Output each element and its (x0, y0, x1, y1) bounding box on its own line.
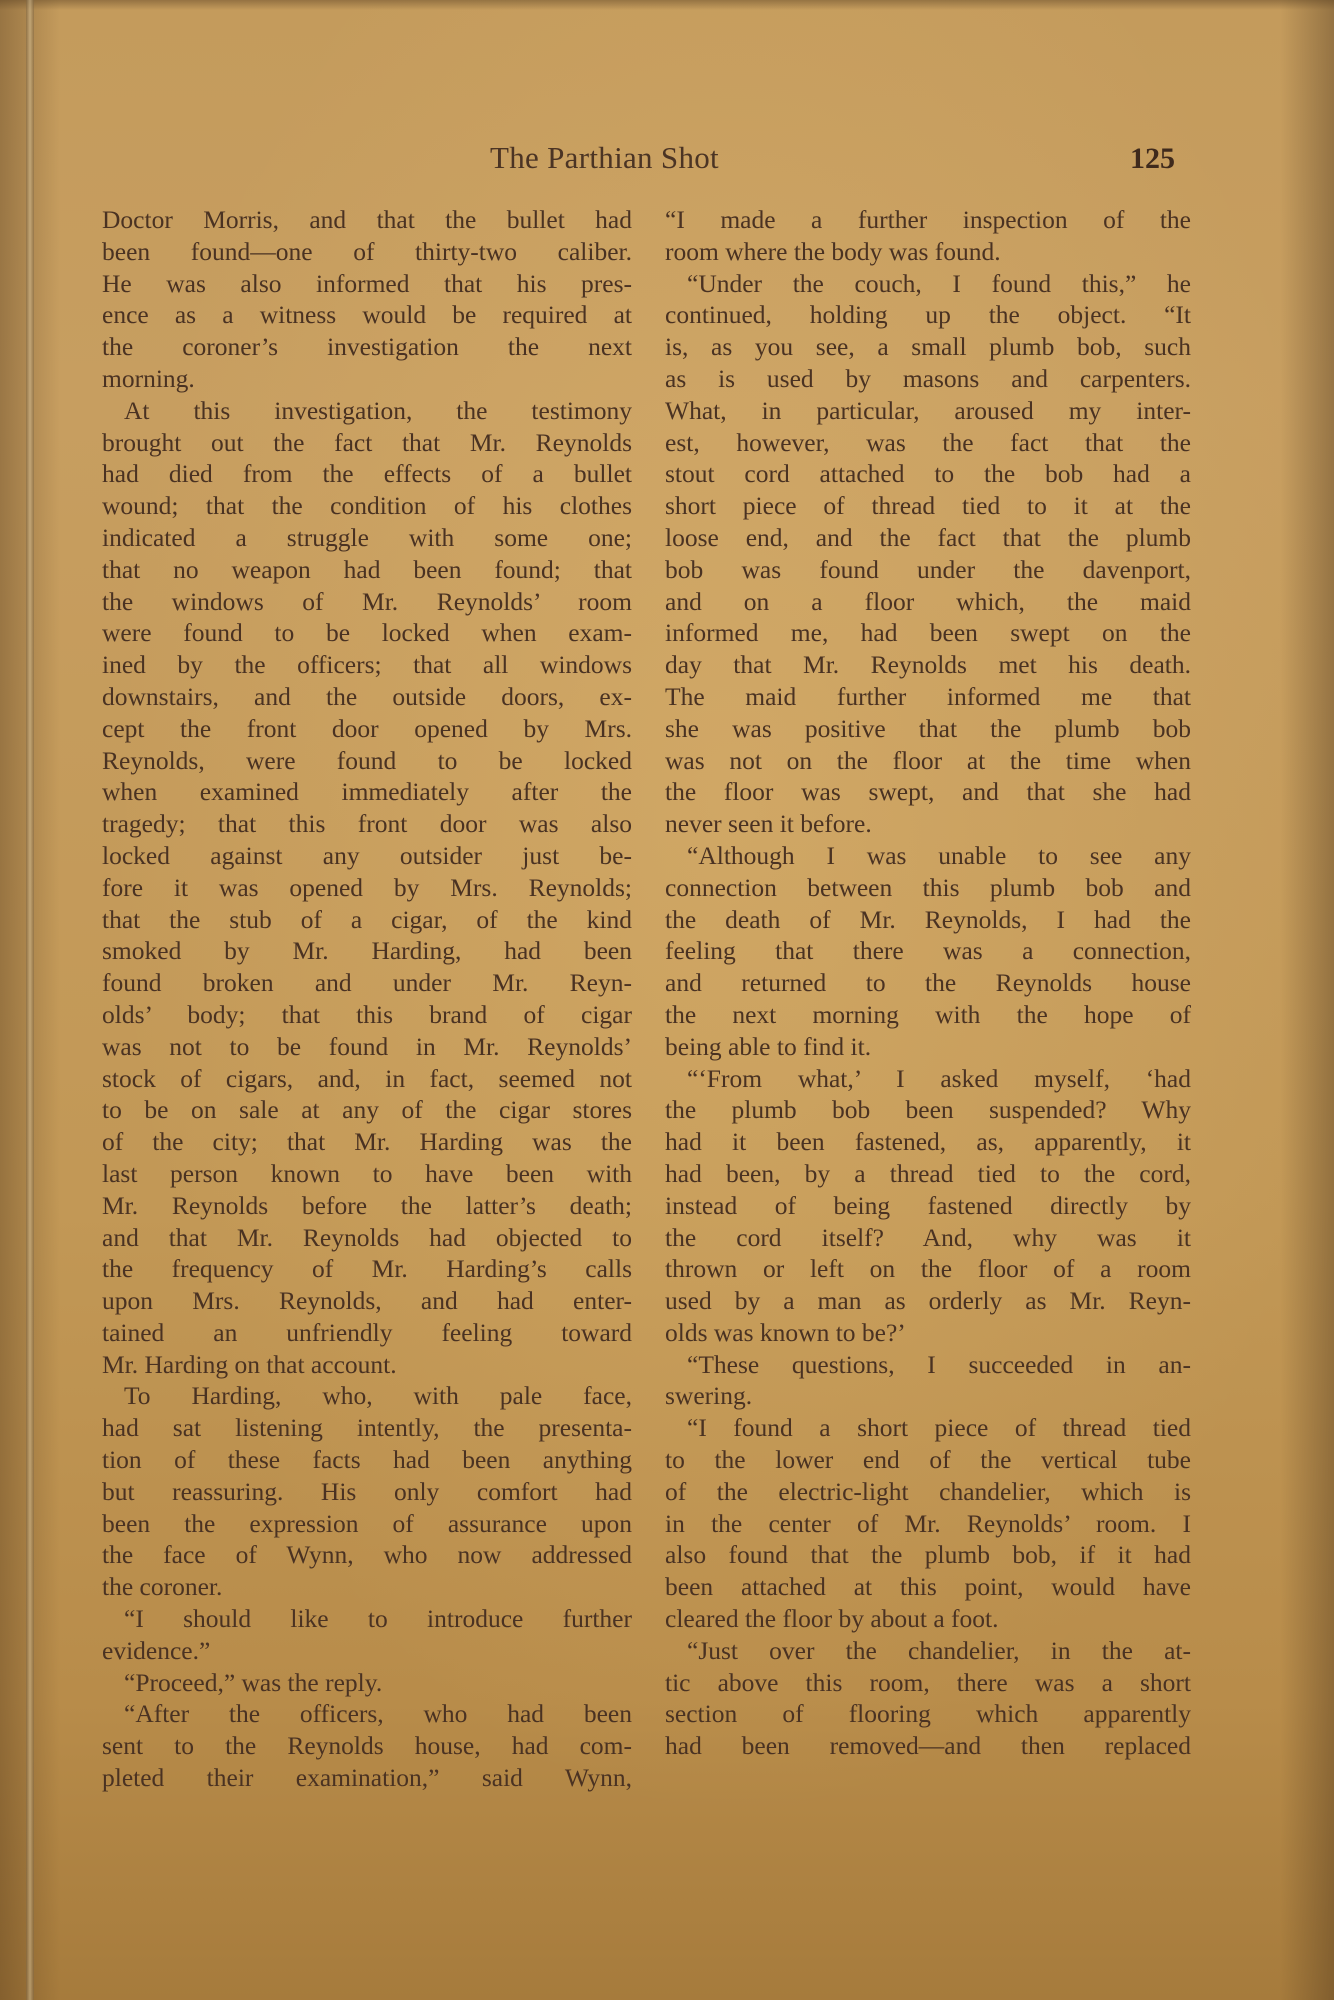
text-line: olds was known to be?’ (665, 1317, 1191, 1349)
text-line: section of flooring which apparently (665, 1698, 1191, 1730)
text-line: “After the officers, who had been (102, 1698, 632, 1730)
text-line: ence as a witness would be required at (102, 299, 632, 331)
text-line: to be on sale at any of the cigar stores (102, 1094, 632, 1126)
text-line: the windows of Mr. Reynolds’ room (102, 586, 632, 618)
text-line: the coroner’s investigation the next (102, 331, 632, 363)
text-line: but reassuring. His only comfort had (102, 1476, 632, 1508)
text-line: been attached at this point, would have (665, 1571, 1191, 1603)
text-line: evidence.” (102, 1635, 632, 1667)
text-line: the next morning with the hope of (665, 999, 1191, 1031)
text-line: in the center of Mr. Reynolds’ room. I (665, 1508, 1191, 1540)
text-line: thrown or left on the floor of a room (665, 1253, 1191, 1285)
text-line: had it been fastened, as, apparently, it (665, 1126, 1191, 1158)
text-line: “Under the couch, I found this,” he (665, 268, 1191, 300)
text-line: “Proceed,” was the reply. (102, 1667, 632, 1699)
text-line: the death of Mr. Reynolds, I had the (665, 904, 1191, 936)
text-line: cept the front door opened by Mrs. (102, 713, 632, 745)
text-line: “Although I was unable to see any (665, 840, 1191, 872)
text-line: used by a man as orderly as Mr. Reyn- (665, 1285, 1191, 1317)
text-line: tion of these facts had been anything (102, 1444, 632, 1476)
text-line: olds’ body; that this brand of cigar (102, 999, 632, 1031)
text-line: she was positive that the plumb bob (665, 713, 1191, 745)
text-line: were found to be locked when exam- (102, 617, 632, 649)
binding-edge (26, 0, 34, 2000)
text-line: the face of Wynn, who now addressed (102, 1539, 632, 1571)
text-line: and on a floor which, the maid (665, 586, 1191, 618)
text-line: as is used by masons and carpenters. (665, 363, 1191, 395)
text-line: sent to the Reynolds house, had com- (102, 1730, 632, 1762)
text-column-right: “I made a further inspection of theroom … (665, 204, 1191, 1762)
text-line: upon Mrs. Reynolds, and had enter- (102, 1285, 632, 1317)
text-line: “‘From what,’ I asked myself, ‘had (665, 1063, 1191, 1095)
text-line: had died from the effects of a bullet (102, 458, 632, 490)
text-line: To Harding, who, with pale face, (102, 1380, 632, 1412)
text-line: instead of being fastened directly by (665, 1190, 1191, 1222)
text-line: Doctor Morris, and that the bullet had (102, 204, 632, 236)
text-line: the frequency of Mr. Harding’s calls (102, 1253, 632, 1285)
text-line: He was also informed that his pres- (102, 268, 632, 300)
text-line: of the electric-light chandelier, which … (665, 1476, 1191, 1508)
text-line: stout cord attached to the bob had a (665, 458, 1191, 490)
text-line: last person known to have been with (102, 1158, 632, 1190)
text-line: feeling that there was a connection, (665, 935, 1191, 967)
running-head-title: The Parthian Shot (490, 140, 719, 176)
text-line: tragedy; that this front door was also (102, 808, 632, 840)
text-line: bob was found under the davenport, (665, 554, 1191, 586)
text-line: the cord itself? And, why was it (665, 1222, 1191, 1254)
text-line: was not to be found in Mr. Reynolds’ (102, 1031, 632, 1063)
text-line: and that Mr. Reynolds had objected to (102, 1222, 632, 1254)
text-line: morning. (102, 363, 632, 395)
text-line: the plumb bob been suspended? Why (665, 1094, 1191, 1126)
text-line: had sat listening intently, the presenta… (102, 1412, 632, 1444)
text-line: swering. (665, 1380, 1191, 1412)
text-line: brought out the fact that Mr. Reynolds (102, 427, 632, 459)
text-line: “These questions, I succeeded in an- (665, 1349, 1191, 1381)
text-line: the floor was swept, and that she had (665, 776, 1191, 808)
text-line: Reynolds, were found to be locked (102, 745, 632, 777)
text-line: short piece of thread tied to it at the (665, 490, 1191, 522)
text-line: Mr. Reynolds before the latter’s death; (102, 1190, 632, 1222)
text-line: and returned to the Reynolds house (665, 967, 1191, 999)
text-line: that no weapon had been found; that (102, 554, 632, 586)
text-line: being able to find it. (665, 1031, 1191, 1063)
text-line: connection between this plumb bob and (665, 872, 1191, 904)
book-page: The Parthian Shot 125 Doctor Morris, and… (0, 0, 1334, 2000)
text-line: fore it was opened by Mrs. Reynolds; (102, 872, 632, 904)
text-line: that the stub of a cigar, of the kind (102, 904, 632, 936)
text-line: when examined immediately after the (102, 776, 632, 808)
text-line: wound; that the condition of his clothes (102, 490, 632, 522)
text-line: never seen it before. (665, 808, 1191, 840)
text-line: to the lower end of the vertical tube (665, 1444, 1191, 1476)
text-line: downstairs, and the outside doors, ex- (102, 681, 632, 713)
text-line: est, however, was the fact that the (665, 427, 1191, 459)
text-line: cleared the floor by about a foot. (665, 1603, 1191, 1635)
text-line: At this investigation, the testimony (102, 395, 632, 427)
text-line: smoked by Mr. Harding, had been (102, 935, 632, 967)
text-line: pleted their examination,” said Wynn, (102, 1762, 632, 1794)
text-line: had been, by a thread tied to the cord, (665, 1158, 1191, 1190)
text-line: ined by the officers; that all windows (102, 649, 632, 681)
text-line: “I found a short piece of thread tied (665, 1412, 1191, 1444)
text-line: day that Mr. Reynolds met his death. (665, 649, 1191, 681)
text-line: “I should like to introduce further (102, 1603, 632, 1635)
text-line: been the expression of assurance upon (102, 1508, 632, 1540)
text-line: What, in particular, aroused my inter- (665, 395, 1191, 427)
text-line: the coroner. (102, 1571, 632, 1603)
text-line: found broken and under Mr. Reyn- (102, 967, 632, 999)
text-line: was not on the floor at the time when (665, 745, 1191, 777)
page-top-edge (0, 0, 1334, 10)
text-line: is, as you see, a small plumb bob, such (665, 331, 1191, 363)
text-line: also found that the plumb bob, if it had (665, 1539, 1191, 1571)
text-line: continued, holding up the object. “It (665, 299, 1191, 331)
text-line: Mr. Harding on that account. (102, 1349, 632, 1381)
page-number: 125 (1130, 142, 1175, 176)
text-line: room where the body was found. (665, 236, 1191, 268)
text-line: stock of cigars, and, in fact, seemed no… (102, 1063, 632, 1095)
text-line: had been removed—and then replaced (665, 1730, 1191, 1762)
text-line: indicated a struggle with some one; (102, 522, 632, 554)
text-line: loose end, and the fact that the plumb (665, 522, 1191, 554)
text-column-left: Doctor Morris, and that the bullet hadbe… (102, 204, 632, 1794)
text-line: The maid further informed me that (665, 681, 1191, 713)
text-line: of the city; that Mr. Harding was the (102, 1126, 632, 1158)
text-line: been found—one of thirty-two caliber. (102, 236, 632, 268)
text-line: tained an unfriendly feeling toward (102, 1317, 632, 1349)
text-line: tic above this room, there was a short (665, 1667, 1191, 1699)
text-line: locked against any outsider just be- (102, 840, 632, 872)
text-line: “Just over the chandelier, in the at- (665, 1635, 1191, 1667)
text-line: “I made a further inspection of the (665, 204, 1191, 236)
text-line: informed me, had been swept on the (665, 617, 1191, 649)
